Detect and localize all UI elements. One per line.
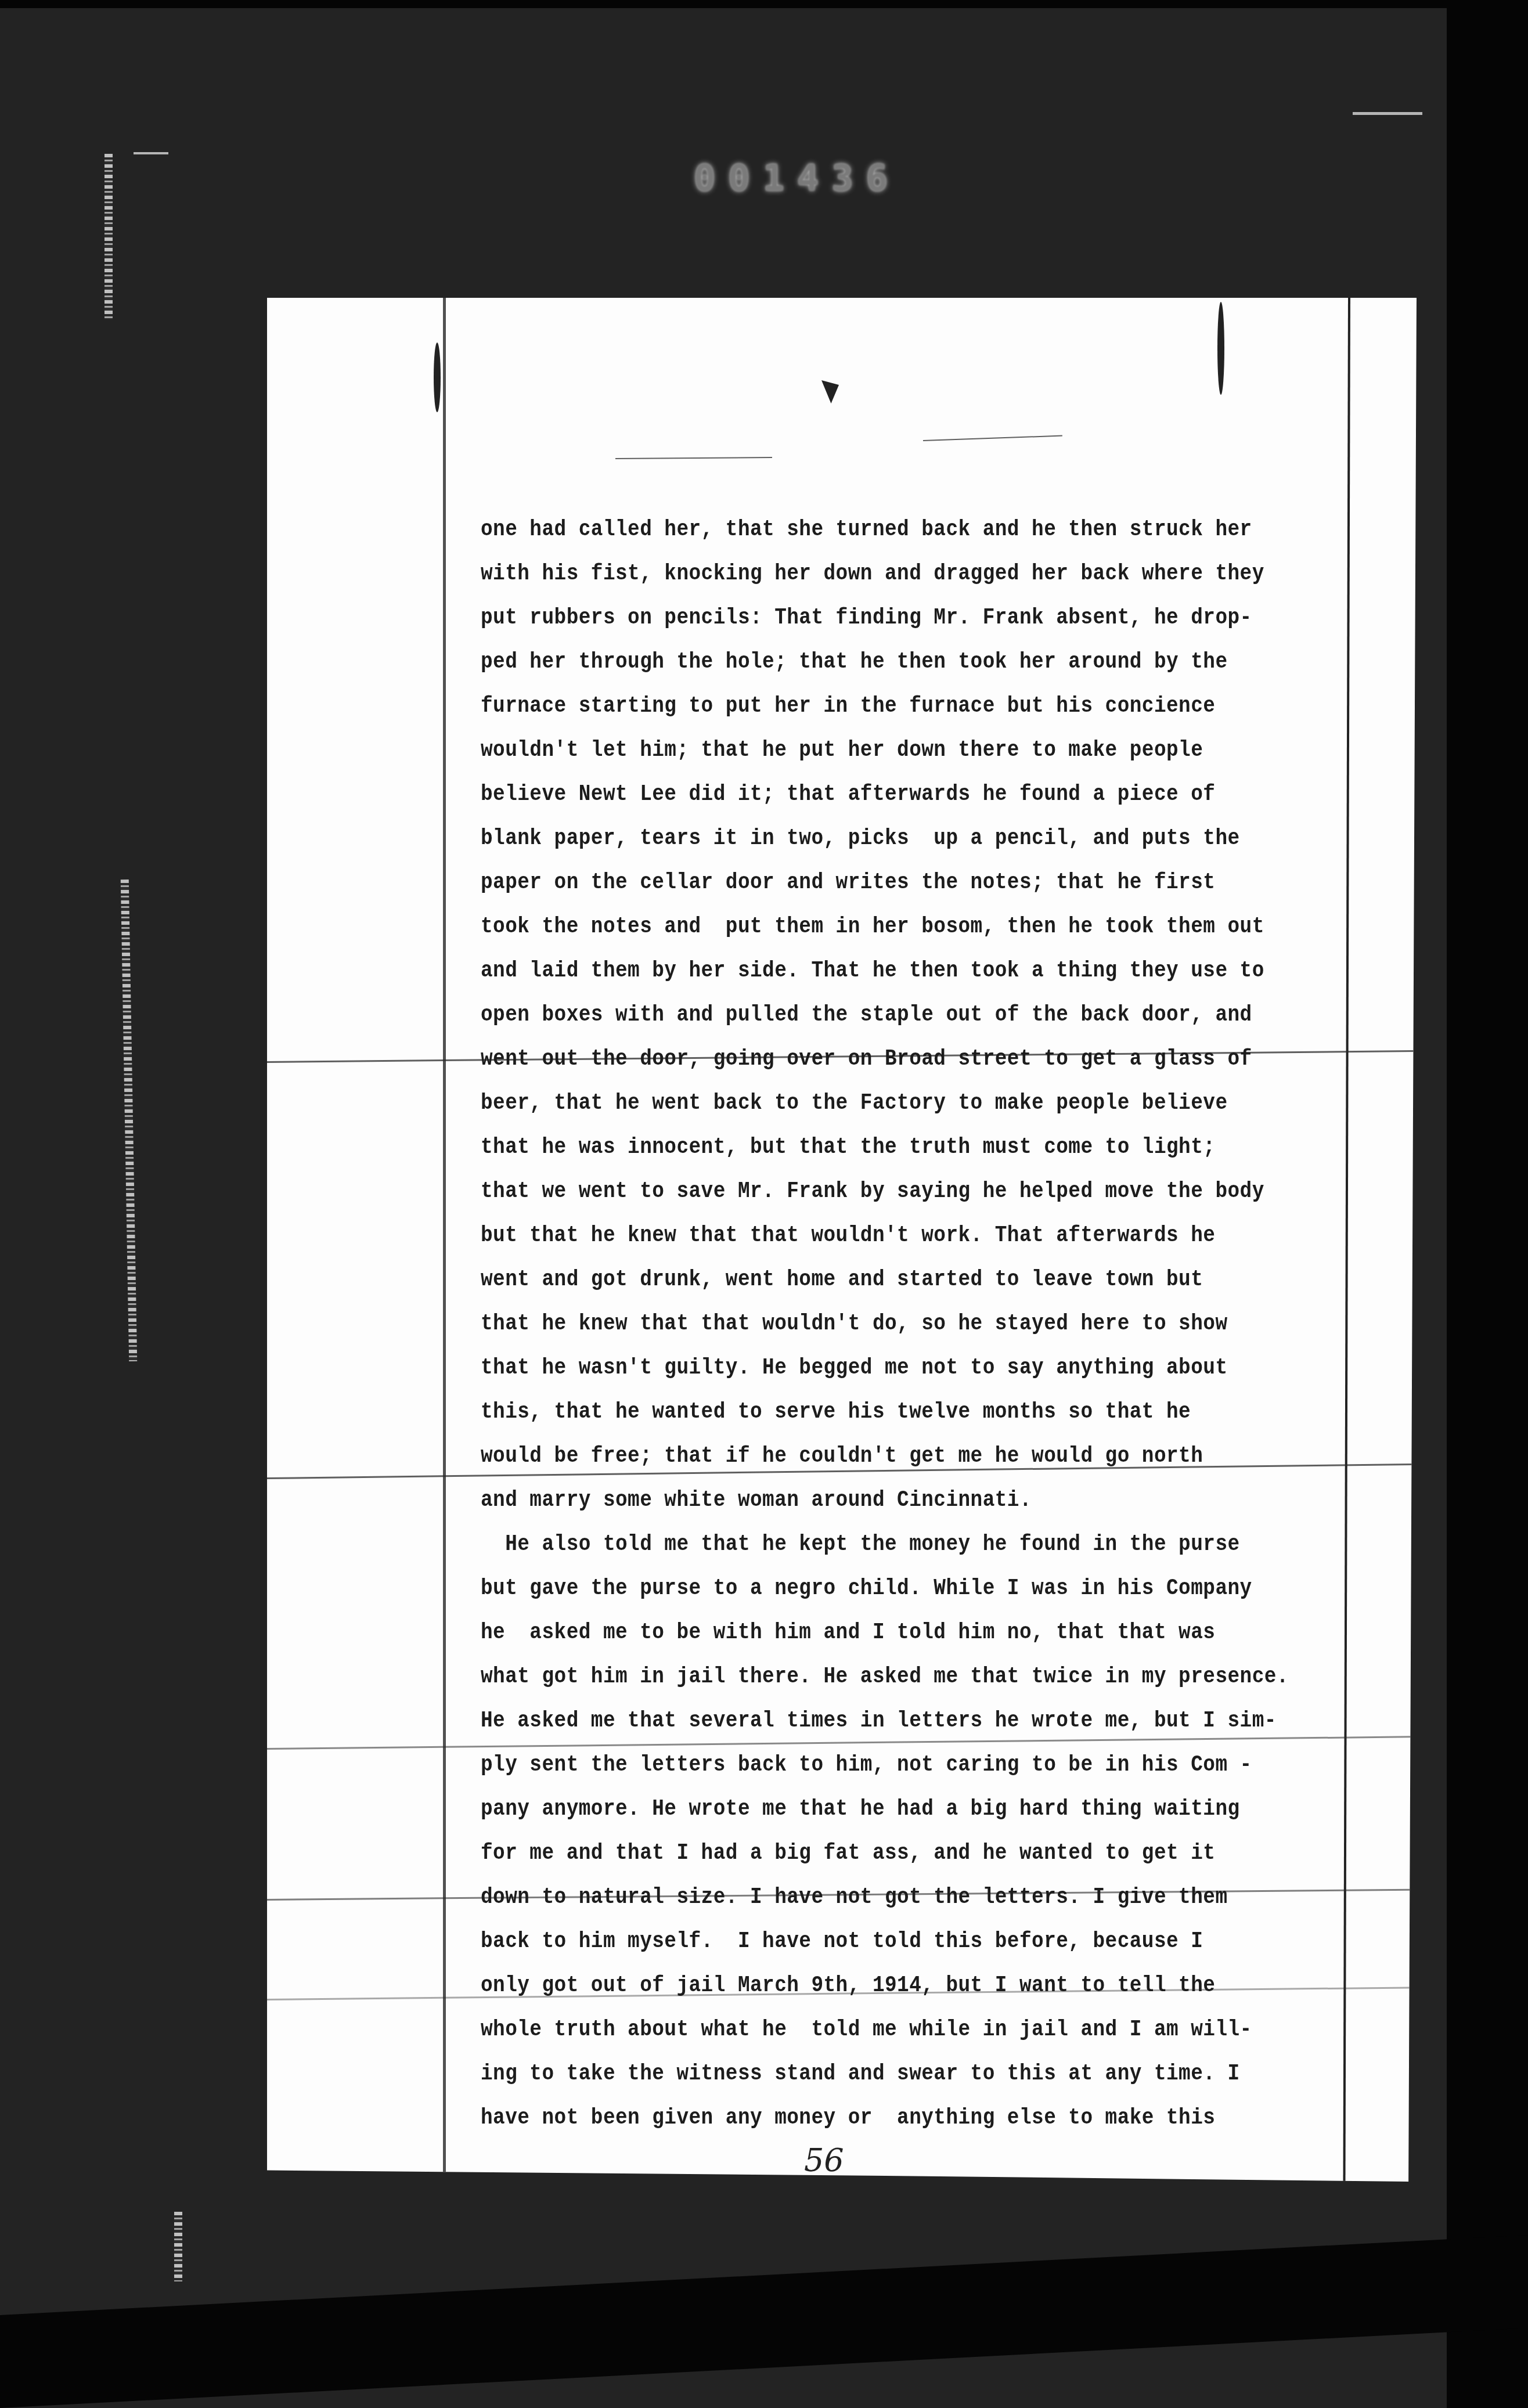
text-line: and marry some white woman around Cincin… — [481, 1479, 1280, 1523]
film-dash-mark — [1353, 112, 1422, 115]
text-line: he asked me to be with him and I told hi… — [481, 1611, 1280, 1655]
typewritten-statement: one had called her, that she turned back… — [481, 508, 1363, 2140]
text-line: went and got drunk, went home and starte… — [481, 1258, 1280, 1302]
text-line: blank paper, tears it in two, picks up a… — [481, 817, 1280, 861]
text-line: believe Newt Lee did it; that afterwards… — [481, 773, 1280, 817]
film-edge-marking — [121, 879, 137, 1361]
text-line: only got out of jail March 9th, 1914, bu… — [481, 1964, 1280, 2008]
text-line: put rubbers on pencils: That finding Mr.… — [481, 596, 1280, 640]
text-line: pany anymore. He wrote me that he had a … — [481, 1787, 1280, 1832]
film-right-edge — [1447, 0, 1528, 2408]
text-line: that he was innocent, but that the truth… — [481, 1126, 1280, 1170]
text-line: whole truth about what he told me while … — [481, 2008, 1280, 2052]
microfilm-frame-number: 001436 — [694, 157, 900, 199]
text-line: that we went to save Mr. Frank by saying… — [481, 1170, 1280, 1214]
text-line: and laid them by her side. That he then … — [481, 949, 1280, 993]
film-bottom-edge — [0, 2235, 1528, 2408]
text-line: would be free; that if he couldn't get m… — [481, 1434, 1280, 1479]
text-line: open boxes with and pulled the staple ou… — [481, 993, 1280, 1037]
text-line: that he knew that that wouldn't do, so h… — [481, 1302, 1280, 1346]
text-line: this, that he wanted to serve his twelve… — [481, 1390, 1280, 1434]
text-line: that he wasn't guilty. He begged me not … — [481, 1346, 1280, 1390]
film-edge-marking — [104, 154, 113, 319]
text-line: took the notes and put them in her bosom… — [481, 905, 1280, 949]
text-line: ply sent the letters back to him, not ca… — [481, 1743, 1280, 1787]
text-line: one had called her, that she turned back… — [481, 508, 1280, 552]
text-line: with his fist, knocking her down and dra… — [481, 552, 1280, 596]
handwritten-page-number: 56 — [804, 2142, 844, 2179]
text-line: down to natural size. I have not got the… — [481, 1876, 1280, 1920]
film-top-edge — [0, 0, 1528, 8]
text-line: but that he knew that that wouldn't work… — [481, 1214, 1280, 1258]
text-line: but gave the purse to a negro child. Whi… — [481, 1567, 1280, 1611]
text-line: back to him myself. I have not told this… — [481, 1920, 1280, 1964]
text-line: ped her through the hole; that he then t… — [481, 640, 1280, 684]
text-line: for me and that I had a big fat ass, and… — [481, 1832, 1280, 1876]
text-line: He also told me that he kept the money h… — [481, 1523, 1280, 1567]
text-line: paper on the cellar door and writes the … — [481, 861, 1280, 905]
text-line: what got him in jail there. He asked me … — [481, 1655, 1280, 1699]
paper-fold-line — [923, 435, 1062, 441]
text-line: went out the door, going over on Broad s… — [481, 1037, 1280, 1082]
text-line: ing to take the witness stand and swear … — [481, 2052, 1280, 2096]
film-dash-mark — [134, 152, 168, 154]
text-line: He asked me that several times in letter… — [481, 1699, 1280, 1743]
text-line: beer, that he went back to the Factory t… — [481, 1082, 1280, 1126]
ink-mark — [434, 343, 441, 412]
text-line: wouldn't let him; that he put her down t… — [481, 729, 1280, 773]
film-edge-marking — [174, 2212, 182, 2281]
text-line: have not been given any money or anythin… — [481, 2096, 1280, 2140]
ink-mark — [1217, 302, 1224, 395]
text-line: furnace starting to put her in the furna… — [481, 684, 1280, 729]
paper-fold-line — [615, 457, 772, 459]
